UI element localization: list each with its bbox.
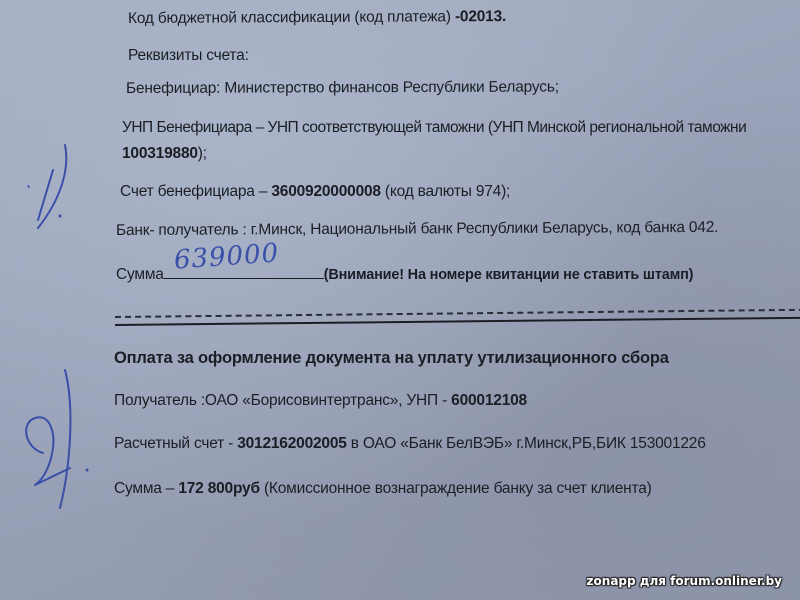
kbk-label: Код бюджетной классификации (код платежа… bbox=[128, 8, 455, 27]
separator-line bbox=[115, 317, 800, 326]
sum-line: Сумма639000(Внимание! На номере квитанци… bbox=[116, 264, 693, 284]
settlement-account-line: Расчетный счет - 3012162002005 в ОАО «Ба… bbox=[114, 435, 706, 453]
requisites-title: Реквизиты счета: bbox=[128, 47, 249, 65]
sum-handwritten: 639000 bbox=[173, 238, 280, 275]
recipient-label: Получатель :ОАО «Борисовинтертранс», УНП… bbox=[114, 392, 451, 409]
watermark: zonapp для forum.onliner.by bbox=[587, 574, 782, 588]
handwritten-number-2-icon bbox=[15, 368, 95, 513]
settlement-account-value: 3012162002005 bbox=[237, 435, 346, 452]
cut-line-dashed bbox=[115, 309, 800, 318]
unp-value: 100319880 bbox=[122, 145, 198, 162]
account-label: Счет бенефициара – bbox=[120, 183, 271, 200]
recipient-line: Получатель :ОАО «Борисовинтертранс», УНП… bbox=[114, 392, 527, 410]
kbk-value: -02013. bbox=[455, 8, 506, 25]
document-photo: Код бюджетной классификации (код платежа… bbox=[0, 0, 800, 600]
unp-tail: ); bbox=[198, 145, 207, 162]
unp-label: УНП Бенефициара – УНП соответствующей та… bbox=[122, 119, 746, 136]
settlement-account-tail: в ОАО «Банк БелВЭБ» г.Минск,РБ,БИК 15300… bbox=[347, 435, 706, 452]
fee-sum-line: Сумма – 172 800руб (Комиссионное вознагр… bbox=[114, 480, 652, 498]
bank-line: Банк- получатель : г.Минск, Национальный… bbox=[116, 219, 718, 240]
sum-note: (Внимание! На номере квитанции не ставит… bbox=[324, 267, 694, 283]
beneficiary-account-line: Счет бенефициара – 3600920000008 (код ва… bbox=[120, 183, 510, 201]
sum-blank: 639000 bbox=[164, 264, 324, 279]
section2-heading: Оплата за оформление документа на уплату… bbox=[114, 349, 669, 368]
fee-sum-value: 172 800руб bbox=[178, 480, 260, 497]
beneficiary-line: Бенефициар: Министерство финансов Респуб… bbox=[126, 78, 559, 98]
handwritten-number-1-icon bbox=[20, 140, 80, 230]
fee-sum-tail: (Комиссионное вознаграждение банку за сч… bbox=[260, 480, 652, 497]
fee-sum-label: Сумма – bbox=[114, 480, 178, 497]
recipient-unp: 600012108 bbox=[451, 392, 527, 409]
account-tail: (код валюты 974); bbox=[381, 183, 510, 200]
settlement-account-label: Расчетный счет - bbox=[114, 435, 237, 452]
unp-line: УНП Бенефициара – УНП соответствующей та… bbox=[122, 119, 746, 137]
kbk-line: Код бюджетной классификации (код платежа… bbox=[128, 8, 506, 28]
account-value: 3600920000008 bbox=[271, 183, 380, 200]
sum-label: Сумма bbox=[116, 266, 164, 283]
unp-value-line: 100319880); bbox=[122, 145, 207, 163]
